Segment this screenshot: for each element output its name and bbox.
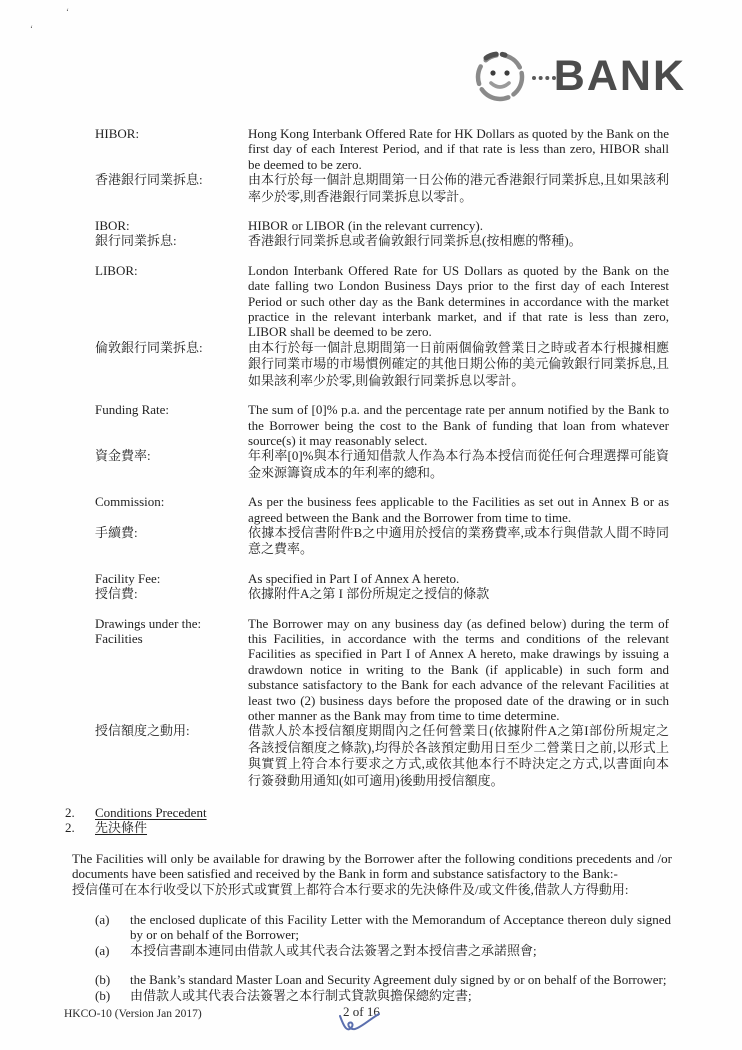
definition-body-zh: 香港銀行同業拆息或者倫敦銀行同業拆息(按相應的幣種)。	[248, 233, 669, 249]
scan-artifact-mark: ‘	[30, 25, 33, 34]
signature-mark	[336, 1013, 390, 1043]
definition-label-zh: 資金費率:	[95, 448, 248, 481]
logo-dotted-connector-icon	[532, 76, 556, 80]
definition-body-en: HIBOR or LIBOR (in the relevant currency…	[248, 218, 669, 233]
section-heading: 2. Conditions Precedent 2. 先決條件	[65, 805, 671, 837]
item-text-en: the Bank’s standard Master Loan and Secu…	[130, 972, 671, 987]
condition-item-a: (a) the enclosed duplicate of this Facil…	[95, 912, 671, 959]
definition-body-en: As specified in Part I of Annex A hereto…	[248, 571, 669, 586]
item-marker: (a)	[95, 943, 130, 959]
definition-label-en: HIBOR:	[95, 126, 248, 172]
definition-label-zh: 授信費:	[95, 586, 248, 602]
definition-label-zh: 手續費:	[95, 525, 248, 558]
definition-label-en: Commission:	[95, 494, 248, 525]
section-intro-en: The Facilities will only be available fo…	[72, 851, 672, 882]
bank-logo: BANK	[472, 48, 686, 104]
definition-label-en: Facility Fee:	[95, 571, 248, 586]
scan-artifact-mark: ‘	[66, 8, 69, 17]
definition-commission: Commission: As per the business fees app…	[95, 494, 671, 558]
document-page: ‘ ‘ BANK HIBOR: Hong Kong Interbank Offe…	[0, 0, 742, 1050]
definition-libor: LIBOR: London Interbank Offered Rate for…	[95, 263, 671, 389]
section-number-en: 2.	[65, 805, 95, 820]
definition-label-en: Funding Rate:	[95, 402, 248, 448]
item-text-zh: 本授信書副本連同由借款人或其代表合法簽署之對本授信書之承諾照會;	[130, 943, 671, 959]
definition-body-zh: 依據本授信書附件B之中適用於授信的業務費率,或本行與借款人間不時同意之費率。	[248, 525, 669, 558]
definition-body-zh: 由本行於每一個計息期間第一日公佈的港元香港銀行同業拆息,且如果該利率少於零,則香…	[248, 172, 669, 205]
condition-item-b: (b) the Bank’s standard Master Loan and …	[95, 972, 671, 1004]
smiley-face-icon	[472, 48, 528, 104]
definition-label-en: LIBOR:	[95, 263, 248, 340]
item-marker: (a)	[95, 912, 130, 943]
definition-label-zh: 授信額度之動用:	[95, 723, 248, 789]
document-code: HKCO-10 (Version Jan 2017)	[64, 1008, 202, 1020]
definition-body-zh: 依據附件A之第 I 部份所規定之授信的條款	[248, 586, 669, 602]
definition-facility-fee: Facility Fee: As specified in Part I of …	[95, 571, 671, 603]
definition-body-en: Hong Kong Interbank Offered Rate for HK …	[248, 126, 669, 172]
definition-body-en: As per the business fees applicable to t…	[248, 494, 669, 525]
item-marker: (b)	[95, 972, 130, 987]
item-text-en: the enclosed duplicate of this Facility …	[130, 912, 671, 943]
definition-body-en: The sum of [0]% p.a. and the percentage …	[248, 402, 669, 448]
definition-funding-rate: Funding Rate: The sum of [0]% p.a. and t…	[95, 402, 671, 481]
section-intro: The Facilities will only be available fo…	[72, 851, 672, 898]
section-number-zh: 2.	[65, 820, 95, 836]
definition-label-zh: 銀行同業拆息:	[95, 233, 248, 249]
definition-label-zh: 倫敦銀行同業拆息:	[95, 340, 248, 389]
definition-ibor: IBOR: HIBOR or LIBOR (in the relevant cu…	[95, 218, 671, 250]
conditions-list: (a) the enclosed duplicate of this Facil…	[95, 912, 671, 1004]
definition-body-zh: 由本行於每一個計息期間第一日前兩個倫敦營業日之時或者本行根據相應銀行同業市場的市…	[248, 340, 669, 389]
definition-body-en: The Borrower may on any business day (as…	[248, 616, 669, 724]
definition-label-zh: 香港銀行同業拆息:	[95, 172, 248, 205]
document-body: HIBOR: Hong Kong Interbank Offered Rate …	[65, 126, 671, 1017]
section-title-en: Conditions Precedent	[95, 805, 207, 820]
definition-body-zh: 年利率[0]%與本行通知借款人作為本行為本授信而從任何合理選擇可能資金來源籌資成…	[248, 448, 669, 481]
bank-logo-text: BANK	[554, 55, 686, 98]
definition-label-en: IBOR:	[95, 218, 248, 233]
item-text-zh: 由借款人或其代表合法簽署之本行制式貸款與擔保總約定書;	[130, 988, 671, 1004]
definition-hibor: HIBOR: Hong Kong Interbank Offered Rate …	[95, 126, 671, 205]
section-title-zh: 先決條件	[95, 820, 147, 836]
definitions-list: HIBOR: Hong Kong Interbank Offered Rate …	[95, 126, 671, 789]
definition-drawings: Drawings under the: Facilities The Borro…	[95, 616, 671, 789]
definition-body-zh: 借款人於本授信額度期間內之任何營業日(依據附件A之第I部份所規定之各該授信額度之…	[248, 723, 669, 789]
definition-body-en: London Interbank Offered Rate for US Dol…	[248, 263, 669, 340]
item-marker: (b)	[95, 988, 130, 1004]
section-intro-zh: 授信僅可在本行收受以下於形式或實質上都符合本行要求的先決條件及/或文件後,借款人…	[72, 882, 672, 898]
definition-label-en: Drawings under the: Facilities	[95, 616, 248, 724]
